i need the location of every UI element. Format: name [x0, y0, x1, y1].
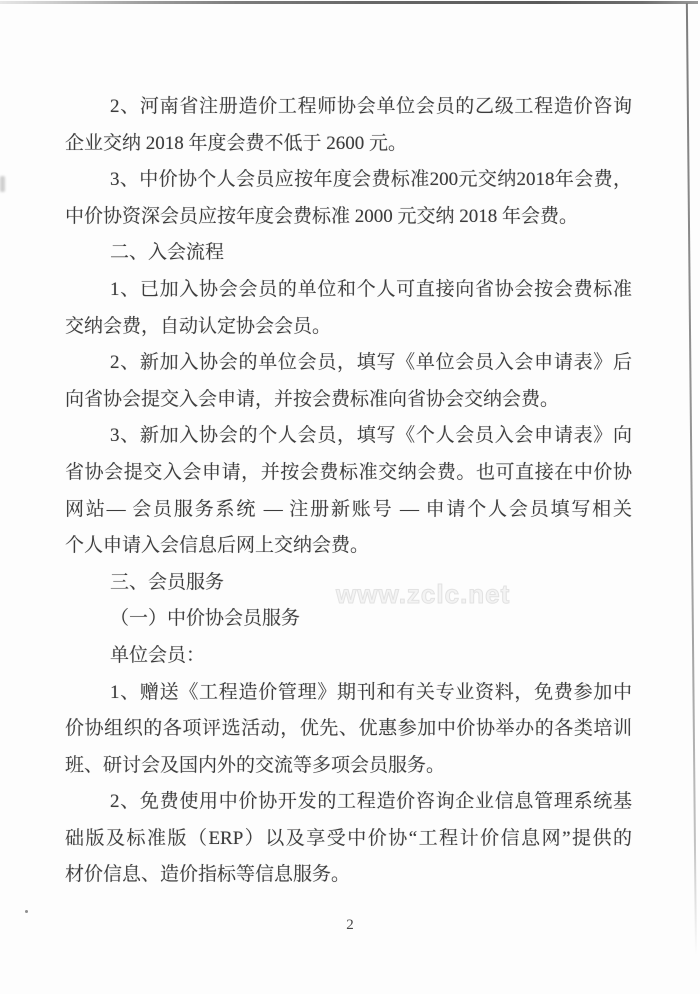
doc-line: 2、河南省注册造价工程师协会单位会员的乙级工程造价咨询	[65, 89, 632, 126]
document-body: 2、河南省注册造价工程师协会单位会员的乙级工程造价咨询 企业交纳 2018 年度…	[65, 89, 632, 894]
doc-line: 1、赠送《工程造价管理》期刊和有关专业资料，免费参加中	[65, 675, 632, 712]
scan-smudge	[0, 176, 5, 192]
scan-edge-top	[0, 1, 698, 4]
doc-line: 班、研讨会及国内外的交流等多项会员服务。	[65, 748, 632, 785]
doc-line: 3、新加入协会的个人会员，填写《个人会员入会申请表》向	[65, 418, 632, 455]
heading-line: 三、会员服务	[65, 565, 632, 602]
doc-line: 2、免费使用中价协开发的工程造价咨询企业信息管理系统基	[65, 784, 632, 821]
doc-line: 向省协会提交入会申请，并按会费标准向省协会交纳会费。	[65, 382, 632, 419]
doc-line: 价协组织的各项评选活动，优先、优惠参加中价协举办的各类培训	[65, 711, 632, 748]
doc-line: 材价信息、造价指标等信息服务。	[65, 857, 632, 894]
heading-line: 单位会员：	[65, 638, 632, 675]
scan-edge-right	[686, 3, 697, 955]
scanned-document-page: www.zclc.net 2、河南省注册造价工程师协会单位会员的乙级工程造价咨询…	[0, 0, 700, 994]
doc-line: 中价协资深会员应按年度会费标准 2000 元交纳 2018 年会费。	[65, 199, 632, 236]
heading-line: （一）中价协会员服务	[65, 601, 632, 638]
page-number: 2	[0, 915, 700, 935]
doc-line: 交纳会费，自动认定协会会员。	[65, 309, 632, 346]
doc-line: 2、新加入协会的单位会员，填写《单位会员入会申请表》后	[65, 345, 632, 382]
doc-line: 省协会提交入会申请，并按会费标准交纳会费。也可直接在中价协	[65, 455, 632, 492]
doc-line: 企业交纳 2018 年度会费不低于 2600 元。	[65, 126, 632, 163]
doc-line: 础版及标准版（ERP）以及享受中价协“工程计价信息网”提供的	[65, 821, 632, 858]
heading-line: 二、入会流程	[65, 235, 632, 272]
doc-line: 3、中价协个人会员应按年度会费标准200元交纳2018年会费，	[65, 162, 632, 199]
doc-line: 网站— 会员服务系统 — 注册新账号 — 申请个人会员填写相关	[65, 492, 632, 529]
scan-speck	[25, 910, 28, 913]
doc-line: 个人申请入会信息后网上交纳会费。	[65, 528, 632, 565]
doc-line: 1、已加入协会会员的单位和个人可直接向省协会按会费标准	[65, 272, 632, 309]
